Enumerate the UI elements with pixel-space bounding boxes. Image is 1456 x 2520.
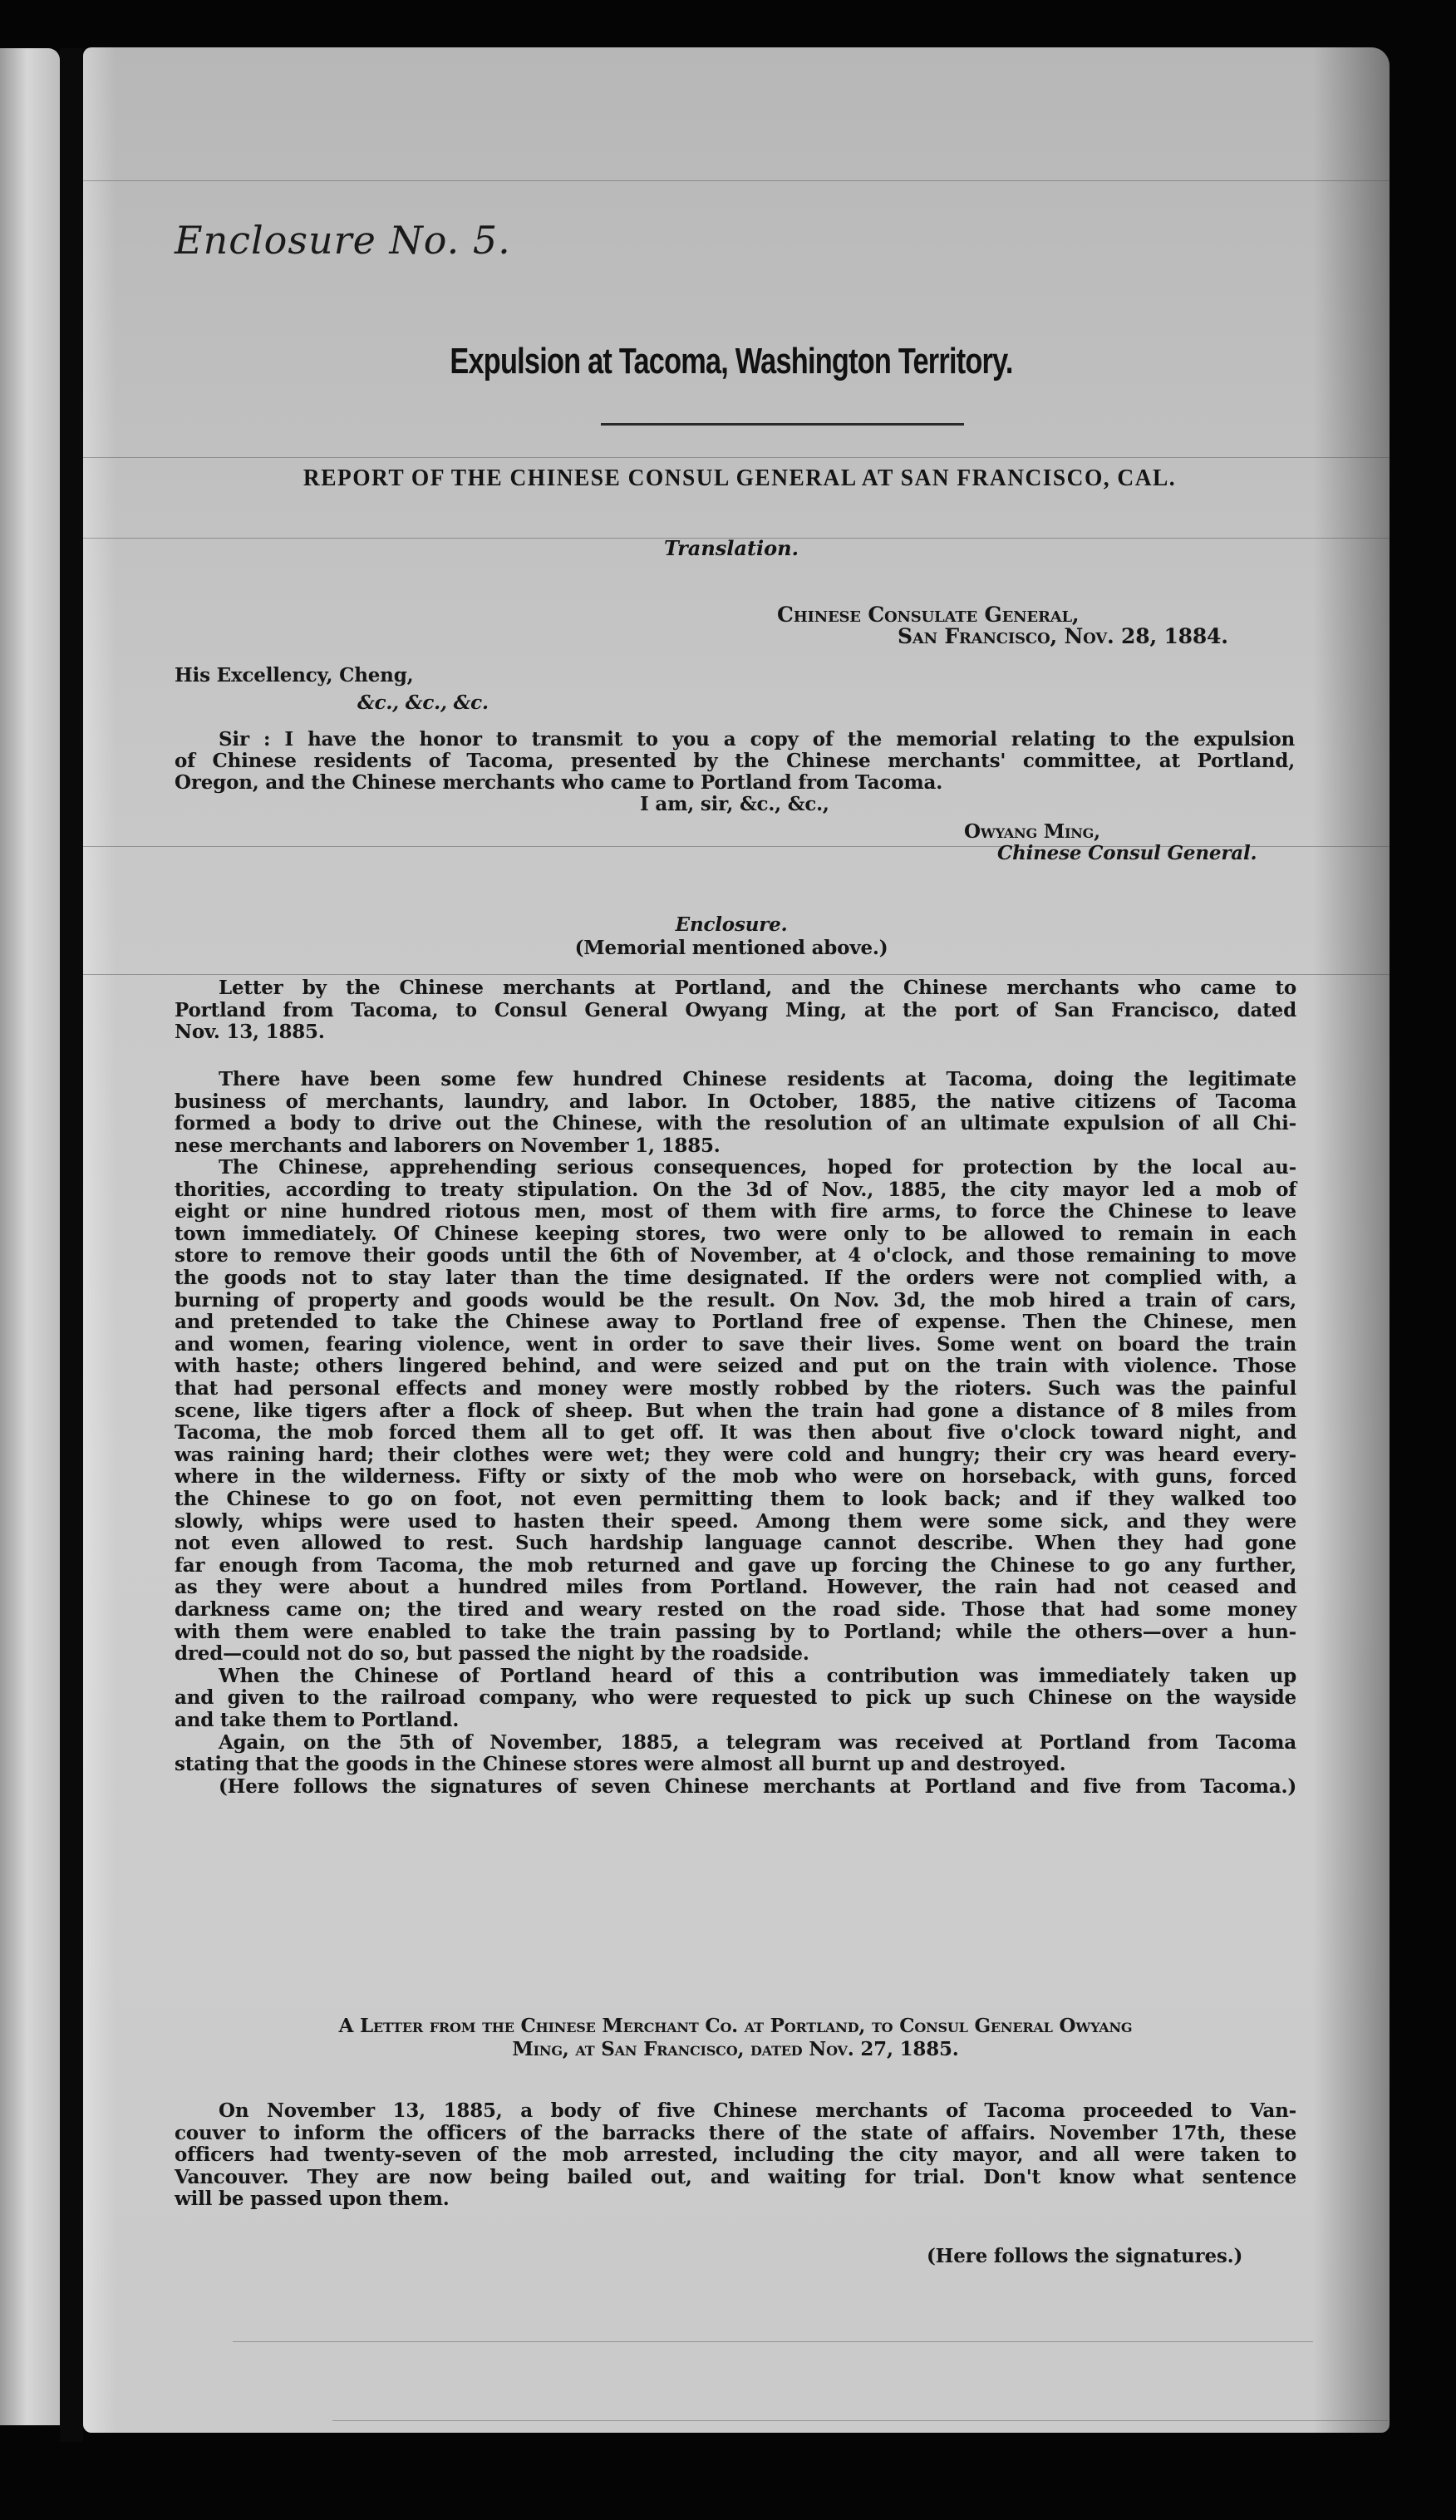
- memorial-paragraph-line: burning of property and goods would be t…: [175, 1290, 1296, 1312]
- letterhead-office: Chinese Consulate General,: [777, 604, 1079, 626]
- paper-rule: [233, 2341, 1313, 2342]
- memorial-paragraph-line: with them were enabled to take the train…: [175, 1622, 1296, 1643]
- cover-letter-line: Oregon, and the Chinese merchants who ca…: [175, 772, 942, 794]
- enclosure-number-label: Enclosure No. 5.: [175, 218, 511, 263]
- second-letter-line: officers had twenty-seven of the mob arr…: [175, 2144, 1296, 2166]
- letterhead-place-date: San Francisco, Nov. 28, 1884.: [898, 626, 1228, 647]
- second-letter-line: On November 13, 1885, a body of five Chi…: [219, 2100, 1296, 2122]
- second-letter-heading: Ming, at San Francisco, dated Nov. 27, 1…: [191, 2039, 1280, 2060]
- paper-rule: [83, 974, 1390, 975]
- memorial-paragraph-line: town immediately. Of Chinese keeping sto…: [175, 1223, 1296, 1245]
- memorial-paragraph-line: Again, on the 5th of November, 1885, a t…: [219, 1732, 1296, 1754]
- memorial-intro-line: Letter by the Chinese merchants at Portl…: [219, 977, 1296, 999]
- memorial-paragraph-line: that had personal effects and money were…: [175, 1378, 1296, 1400]
- adjacent-page-edge: [0, 48, 60, 2425]
- memorial-paragraph-line: store to remove their goods until the 6t…: [175, 1245, 1296, 1267]
- enclosure-subtitle: (Memorial mentioned above.): [532, 938, 931, 959]
- memorial-paragraph-line: far enough from Tacoma, the mob returned…: [175, 1555, 1296, 1577]
- memorial-paragraph-line: as they were about a hundred miles from …: [175, 1577, 1296, 1598]
- salutation-addressee: His Excellency, Cheng,: [175, 665, 413, 687]
- memorial-paragraph-line: where in the wilderness. Fifty or sixty …: [175, 1466, 1296, 1488]
- memorial-paragraph-line: formed a body to drive out the Chinese, …: [175, 1113, 1296, 1134]
- memorial-paragraph-line: and take them to Portland.: [175, 1710, 459, 1731]
- translation-label: Translation.: [648, 536, 814, 560]
- memorial-intro-line: Nov. 13, 1885.: [175, 1021, 325, 1043]
- second-letter-heading: A Letter from the Chinese Merchant Co. a…: [191, 2016, 1280, 2037]
- report-heading: REPORT OF THE CHINESE CONSUL GENERAL AT …: [198, 465, 1281, 492]
- memorial-signatures-note: (Here follows the signatures of seven Ch…: [219, 1776, 1296, 1798]
- memorial-paragraph-line: was raining hard; their clothes were wet…: [175, 1445, 1296, 1466]
- page-title: Expulsion at Tacoma, Washington Territor…: [407, 341, 1055, 382]
- memorial-paragraph-line: and women, fearing violence, went in ord…: [175, 1334, 1296, 1356]
- memorial-paragraph-line: When the Chinese of Portland heard of th…: [219, 1666, 1296, 1687]
- memorial-paragraph-line: The Chinese, apprehending serious conseq…: [219, 1157, 1296, 1179]
- memorial-paragraph-line: and pretended to take the Chinese away t…: [175, 1312, 1296, 1333]
- second-letter-line: couver to inform the officers of the bar…: [175, 2123, 1296, 2144]
- salutation-etc: &c., &c., &c.: [357, 692, 489, 714]
- memorial-paragraph-line: business of merchants, laundry, and labo…: [175, 1091, 1296, 1113]
- memorial-paragraph-line: not even allowed to rest. Such hardship …: [175, 1533, 1296, 1554]
- memorial-paragraph-line: with haste; others lingered behind, and …: [175, 1356, 1296, 1377]
- memorial-paragraph-line: dred—could not do so, but passed the nig…: [175, 1643, 809, 1665]
- paper-rule: [83, 180, 1390, 181]
- memorial-paragraph-line: slowly, whips were used to hasten their …: [175, 1511, 1296, 1533]
- cover-letter-line: of Chinese residents of Tacoma, presente…: [175, 751, 1295, 772]
- second-letter-signatures-note: (Here follows the signatures.): [927, 2246, 1242, 2267]
- memorial-paragraph-line: and given to the railroad company, who w…: [175, 1687, 1296, 1709]
- binding-gutter: [60, 48, 83, 2442]
- second-letter-line: Vancouver. They are now being bailed out…: [175, 2167, 1296, 2188]
- memorial-paragraph-line: the Chinese to go on foot, not even perm…: [175, 1489, 1296, 1510]
- memorial-paragraph-line: the goods not to stay later than the tim…: [175, 1267, 1296, 1289]
- signer-name: Owyang Ming,: [964, 821, 1100, 843]
- memorial-paragraph-line: eight or nine hundred riotous men, most …: [175, 1201, 1296, 1223]
- memorial-paragraph-line: stating that the goods in the Chinese st…: [175, 1754, 1065, 1775]
- closing: I am, sir, &c., &c.,: [640, 794, 829, 815]
- paper-rule: [83, 457, 1390, 458]
- memorial-paragraph-line: darkness came on; the tired and weary re…: [175, 1599, 1296, 1621]
- memorial-paragraph-line: There have been some few hundred Chinese…: [219, 1069, 1296, 1090]
- paper-rule: [332, 2420, 1388, 2421]
- second-letter-line: will be passed upon them.: [175, 2188, 450, 2210]
- memorial-paragraph-line: scene, like tigers after a flock of shee…: [175, 1400, 1296, 1422]
- memorial-intro-line: Portland from Tacoma, to Consul General …: [175, 1000, 1296, 1021]
- enclosure-label: Enclosure.: [648, 914, 814, 936]
- signer-title: Chinese Consul General.: [997, 843, 1257, 864]
- memorial-paragraph-line: nese merchants and laborers on November …: [175, 1135, 721, 1157]
- cover-letter-line: Sir : I have the honor to transmit to yo…: [219, 729, 1295, 751]
- memorial-paragraph-line: Tacoma, the mob forced them all to get o…: [175, 1422, 1296, 1444]
- memorial-paragraph-line: thorities, according to treaty stipulati…: [175, 1179, 1296, 1201]
- title-divider: [601, 423, 964, 426]
